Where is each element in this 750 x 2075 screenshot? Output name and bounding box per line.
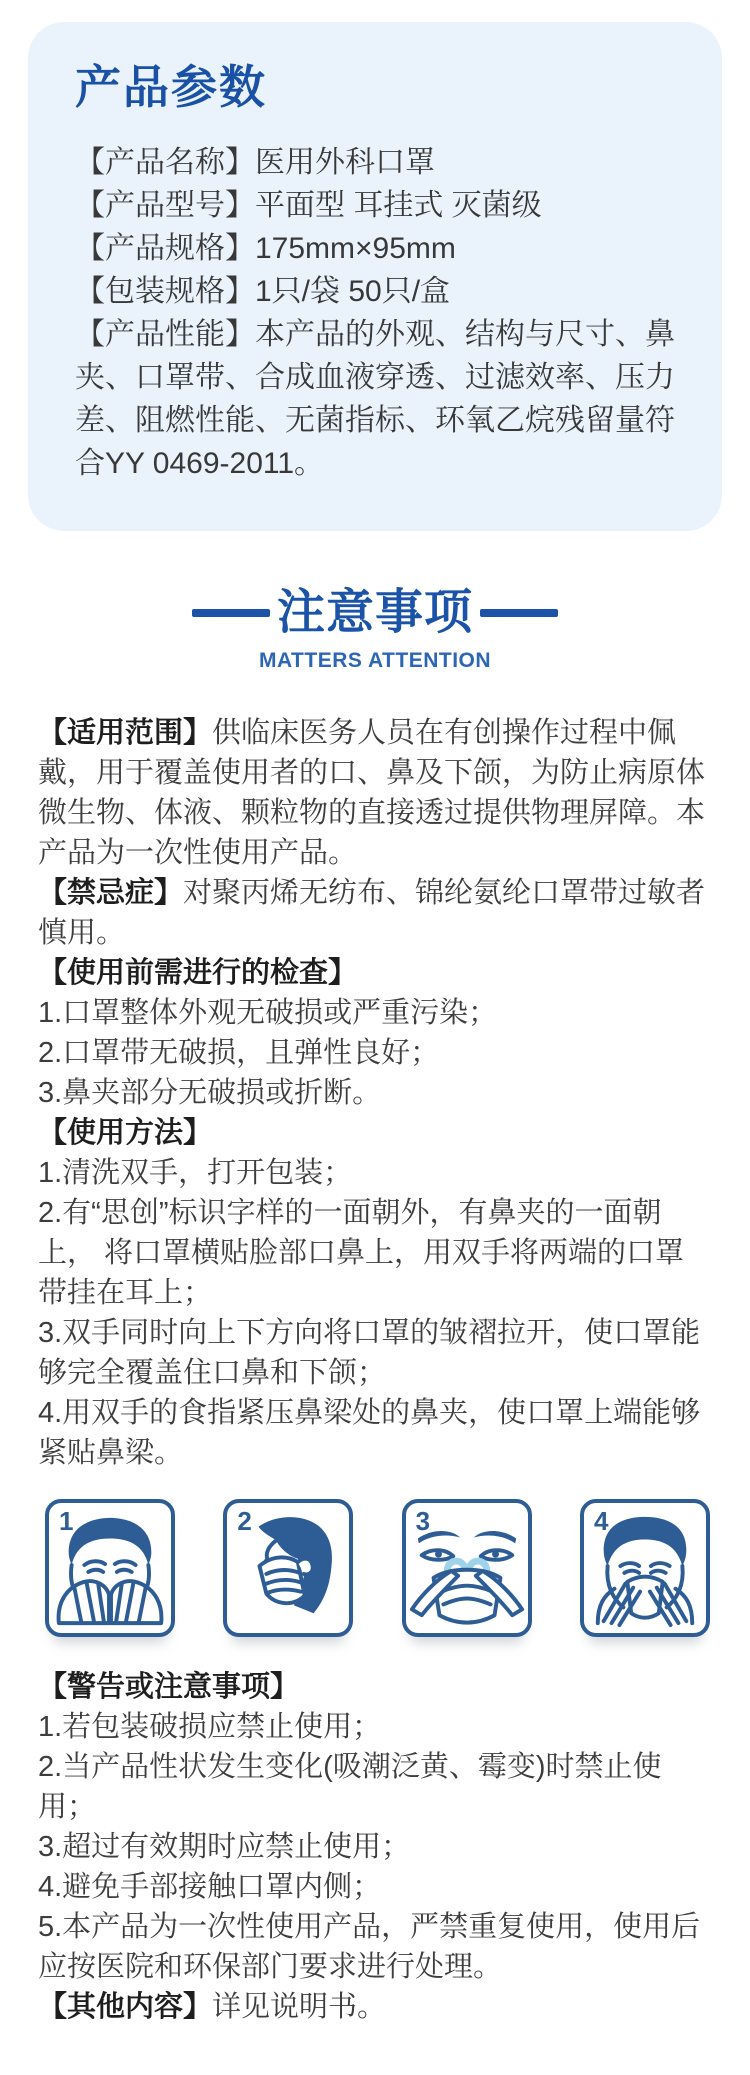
product-parameters-card: 产品参数 【产品名称】医用外科口罩 【产品型号】平面型 耳挂式 灭菌级 【产品规…	[28, 22, 722, 531]
usage-item: 2.有“思创”标识字样的一面朝外，有鼻夹的一面朝上， 将口罩横贴脸部口鼻上，用双…	[38, 1193, 712, 1313]
param-label: 【产品型号】	[75, 189, 255, 222]
usage-item: 1.清洗双手，打开包装；	[38, 1153, 712, 1193]
check-item: 1.口罩整体外观无破损或严重污染；	[38, 993, 712, 1033]
step-box-4: 4	[580, 1499, 710, 1637]
param-label: 【包装规格】	[75, 275, 255, 308]
warning-item: 1.若包装破损应禁止使用；	[38, 1707, 712, 1747]
param-row-size: 【产品规格】175mm×95mm	[75, 227, 675, 270]
other-content-text: 详见说明书。	[212, 1991, 386, 2023]
param-row-packing: 【包装规格】1只/袋 50只/盒	[75, 270, 675, 313]
warning-item: 2.当产品性状发生变化(吸潮泛黄、霉变)时禁止使用；	[38, 1747, 712, 1827]
warning-item: 4.避免手部接触口罩内侧；	[38, 1867, 712, 1907]
param-row-performance: 【产品性能】本产品的外观、结构与尺寸、鼻夹、口罩带、合成血液穿透、过滤效率、压力…	[75, 313, 675, 485]
notice-body: 【适用范围】供临床医务人员在有创操作过程中佩戴，用于覆盖使用者的口、鼻及下颌，为…	[38, 713, 712, 1473]
page-title: 产品参数	[75, 62, 675, 113]
header-right-dash	[480, 609, 558, 617]
bottom-spacer	[0, 2027, 750, 2075]
contraindication-paragraph: 【禁忌症】对聚丙烯无纺布、锦纶氨纶口罩带过敏者慎用。	[38, 873, 712, 953]
scope-paragraph: 【适用范围】供临床医务人员在有创操作过程中佩戴，用于覆盖使用者的口、鼻及下颌，为…	[38, 713, 712, 873]
step-box-2: 2	[223, 1499, 353, 1637]
usage-item: 3.双手同时向上下方向将口罩的皱褶拉开，使口罩能够完全覆盖住口鼻和下颌；	[38, 1313, 712, 1393]
section-title: 注意事项	[277, 589, 473, 637]
usage-heading: 【使用方法】	[38, 1113, 712, 1153]
step-number: 1	[59, 1506, 73, 1537]
param-label: 【产品名称】	[75, 146, 255, 179]
step-box-1: 1	[45, 1499, 175, 1637]
param-row-model: 【产品型号】平面型 耳挂式 灭菌级	[75, 184, 675, 227]
other-content-label: 【其他内容】	[38, 1991, 212, 2023]
usage-item: 4.用双手的食指紧压鼻梁处的鼻夹，使口罩上端能够紧贴鼻梁。	[38, 1393, 712, 1473]
param-label: 【产品性能】	[75, 318, 255, 351]
header-left-dash	[192, 609, 270, 617]
param-label: 【产品规格】	[75, 232, 255, 265]
step-box-3: 3	[402, 1499, 532, 1637]
step-number: 4	[594, 1506, 608, 1537]
contraindication-label: 【禁忌症】	[38, 877, 183, 909]
section-header: 注意事项	[0, 589, 750, 637]
warning-item: 5.本产品为一次性使用产品，严禁重复使用，使用后应按医院和环保部门要求进行处理。	[38, 1907, 712, 1987]
warning-item: 3.超过有效期时应禁止使用；	[38, 1827, 712, 1867]
check-heading: 【使用前需进行的检查】	[38, 953, 712, 993]
param-row-name: 【产品名称】医用外科口罩	[75, 141, 675, 184]
scope-label: 【适用范围】	[38, 717, 212, 749]
param-value: 175mm×95mm	[255, 232, 456, 265]
product-detail-page: 产品参数 【产品名称】医用外科口罩 【产品型号】平面型 耳挂式 灭菌级 【产品规…	[0, 22, 750, 2075]
param-value: 1只/袋 50只/盒	[255, 275, 450, 308]
warning-body: 【警告或注意事项】 1.若包装破损应禁止使用； 2.当产品性状发生变化(吸潮泛黄…	[38, 1667, 712, 2027]
product-parameters-list: 【产品名称】医用外科口罩 【产品型号】平面型 耳挂式 灭菌级 【产品规格】175…	[75, 141, 675, 485]
param-value: 平面型 耳挂式 灭菌级	[255, 189, 542, 222]
usage-steps-row: 1 2	[45, 1499, 710, 1637]
step-number: 3	[416, 1506, 430, 1537]
check-item: 2.口罩带无破损，且弹性良好；	[38, 1033, 712, 1073]
section-subtitle: MATTERS ATTENTION	[0, 649, 750, 673]
check-item: 3.鼻夹部分无破损或折断。	[38, 1073, 712, 1113]
warning-heading: 【警告或注意事项】	[38, 1667, 712, 1707]
other-content-paragraph: 【其他内容】详见说明书。	[38, 1987, 712, 2027]
step-number: 2	[237, 1506, 251, 1537]
param-value: 医用外科口罩	[255, 146, 435, 179]
